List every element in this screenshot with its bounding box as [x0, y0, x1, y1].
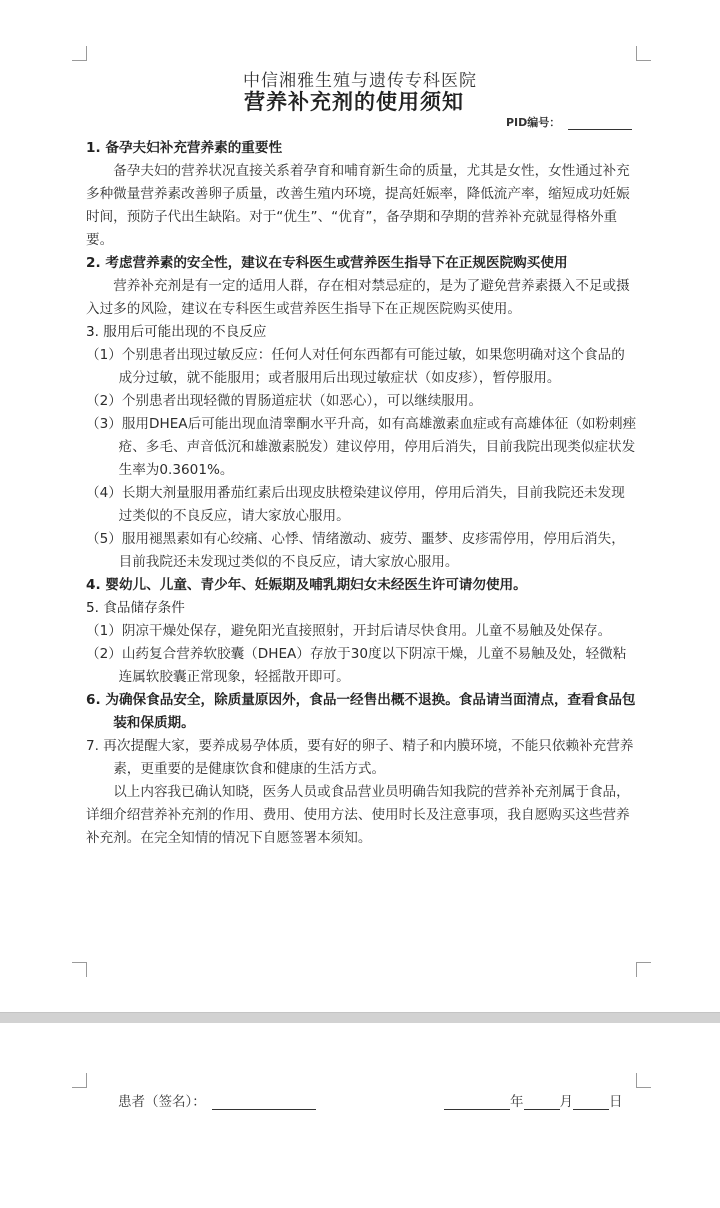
storage-item-2: （2）山药复合营养软胶囊（DHEA）存放于30度以下阴凉干燥，儿童不易触及处，轻…	[86, 643, 638, 689]
section-1-heading: 1. 备孕夫妇补充营养素的重要性	[86, 137, 638, 160]
section-4-heading: 4. 婴幼儿、儿童、青少年、妊娠期及哺乳期妇女未经医生许可请勿使用。	[86, 574, 638, 597]
document-title: 营养补充剂的使用须知	[0, 86, 720, 116]
storage-item-1: （1）阴凉干燥处保存，避免阳光直接照射，开封后请尽快食用。儿童不易触及处保存。	[86, 620, 638, 643]
document-page-1: 中信湘雅生殖与遗传专科医院 营养补充剂的使用须知 PID编号： 1. 备孕夫妇补…	[0, 0, 720, 1012]
pid-label: PID编号：	[506, 114, 560, 130]
day-blank-line	[573, 1095, 609, 1110]
signature-blank-line	[212, 1095, 316, 1110]
document-page-2	[0, 1023, 720, 1208]
date-field: 年 月 日	[444, 1090, 623, 1110]
section-2-heading: 2. 考虑营养素的安全性，建议在专科医生或营养医生指导下在正规医院购买使用	[86, 252, 638, 275]
reaction-item-1: （1）个别患者出现过敏反应：任何人对任何东西都有可能过敏，如果您明确对这个食品的…	[86, 344, 638, 390]
section-5-heading: 5. 食品储存条件	[86, 597, 638, 620]
section-6: 6. 为确保食品安全，除质量原因外，食品一经售出概不退换。食品请当面清点，查看食…	[86, 689, 638, 735]
reaction-item-3: （3）服用DHEA后可能出现血清睾酮水平升高，如有高雄激素血症或有高雄体征（如粉…	[86, 413, 638, 482]
reaction-item-4: （4）长期大剂量服用番茄红素后出现皮肤橙染建议停用，停用后消失，目前我院还未发现…	[86, 482, 638, 528]
reaction-item-5: （5）服用褪黑素如有心绞痛、心悸、情绪激动、疲劳、噩梦、皮疹需停用，停用后消失，…	[86, 528, 638, 574]
pid-blank-line	[568, 119, 632, 130]
day-label: 日	[609, 1090, 623, 1110]
page-corner-mark	[636, 1073, 651, 1088]
section-1-body: 备孕夫妇的营养状况直接关系着孕育和哺育新生命的质量，尤其是女性，女性通过补充多种…	[86, 160, 638, 252]
page-corner-mark	[72, 962, 87, 977]
pid-field: PID编号：	[506, 114, 632, 130]
document-body: 1. 备孕夫妇补充营养素的重要性 备孕夫妇的营养状况直接关系着孕育和哺育新生命的…	[86, 137, 638, 850]
month-blank-line	[524, 1095, 560, 1110]
section-3-heading: 3. 服用后可能出现的不良反应	[86, 321, 638, 344]
page-corner-mark	[636, 46, 651, 61]
page-corner-mark	[72, 46, 87, 61]
year-blank-line	[444, 1095, 510, 1110]
reaction-item-2: （2）个别患者出现轻微的胃肠道症状（如恶心），可以继续服用。	[86, 390, 638, 413]
patient-signature-field: 患者（签名）：	[118, 1090, 316, 1110]
patient-signature-label: 患者（签名）：	[118, 1090, 206, 1110]
section-7: 7. 再次提醒大家，要养成易孕体质，要有好的卵子、精子和内膜环境，不能只依赖补充…	[86, 735, 638, 781]
page-corner-mark	[636, 962, 651, 977]
page-corner-mark	[72, 1073, 87, 1088]
year-label: 年	[510, 1090, 524, 1110]
month-label: 月	[560, 1090, 574, 1110]
section-2-body: 营养补充剂是有一定的适用人群，存在相对禁忌症的，是为了避免营养素摄入不足或摄入过…	[86, 275, 638, 321]
confirmation-statement: 以上内容我已确认知晓，医务人员或食品营业员明确告知我院的营养补充剂属于食品，详细…	[86, 781, 638, 850]
